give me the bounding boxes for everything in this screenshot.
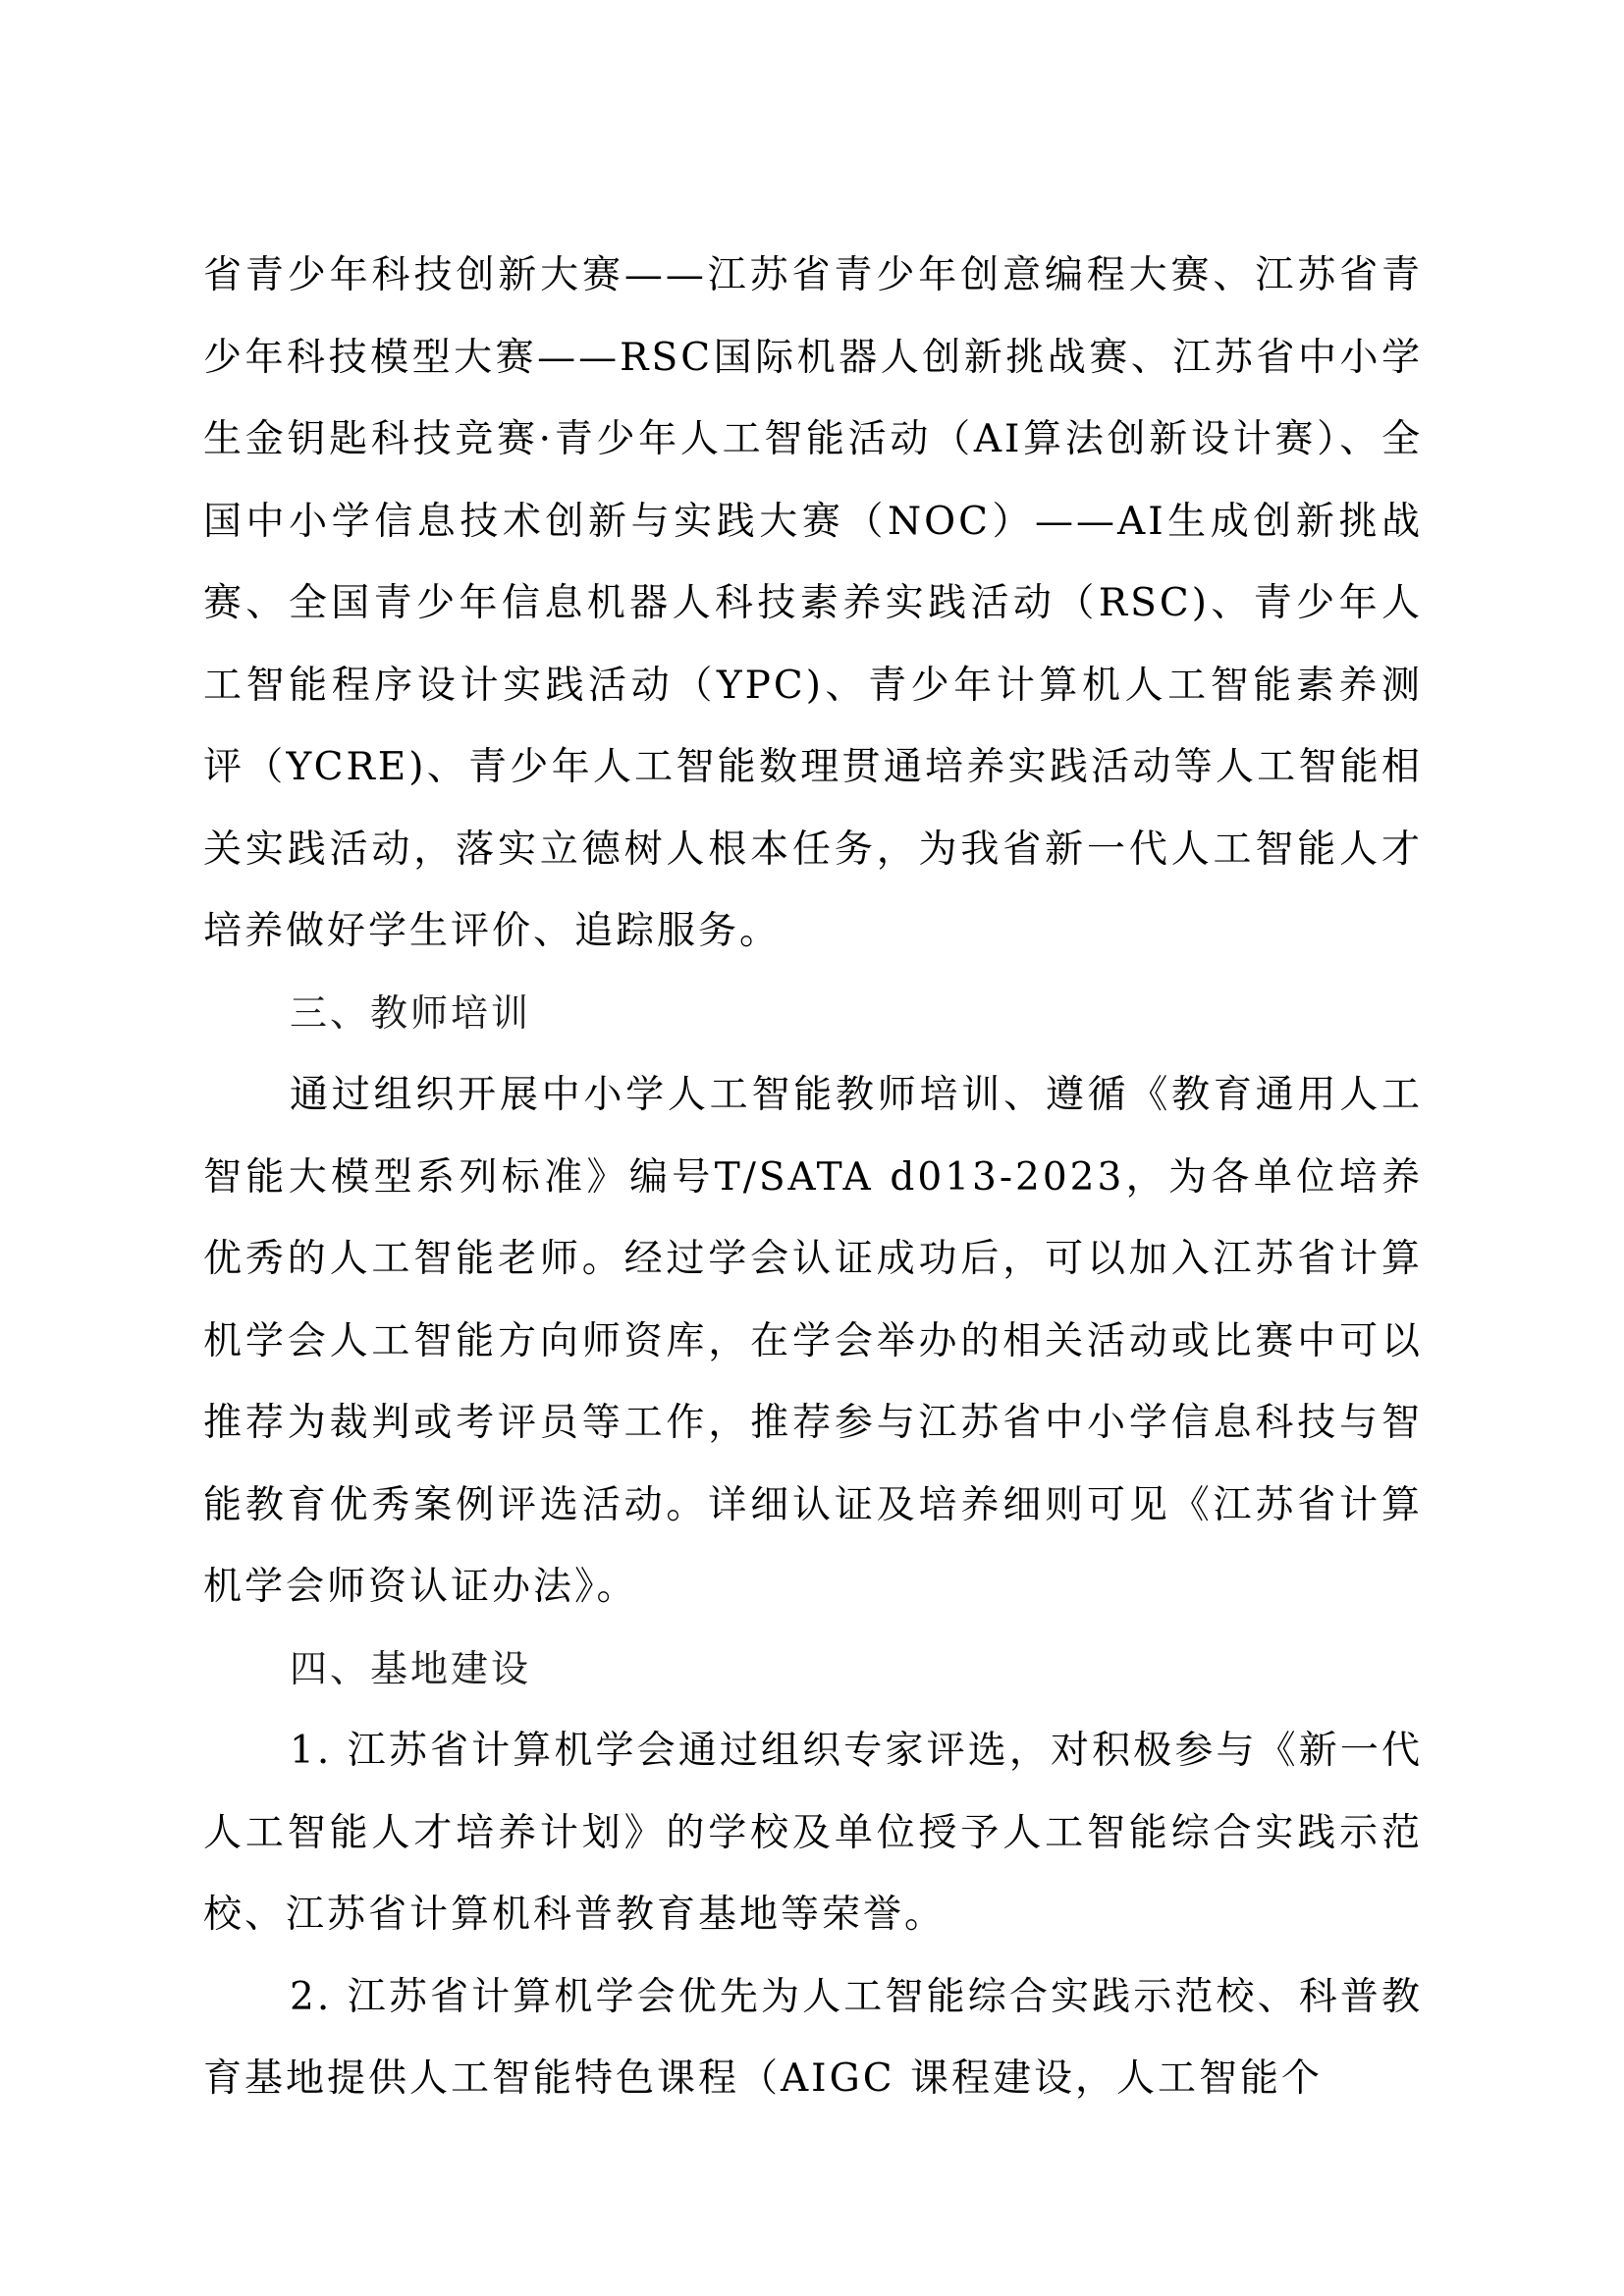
section-heading-teacher-training: 三、教师培训 [203, 973, 1423, 1055]
paragraph-competitions-continued: 省青少年科技创新大赛——江苏省青少年创意编程大赛、江苏省青少年科技模型大赛——R… [203, 235, 1423, 973]
paragraph-teacher-training: 通过组织开展中小学人工智能教师培训、遵循《教育通用人工智能大模型系列标准》编号T… [203, 1054, 1423, 1629]
paragraph-base-construction-item-1: 1. 江苏省计算机学会通过组织专家评选，对积极参与《新一代人工智能人才培养计划》… [203, 1710, 1423, 1956]
document-page: 省青少年科技创新大赛——江苏省青少年创意编程大赛、江苏省青少年科技模型大赛——R… [203, 235, 1423, 2120]
paragraph-base-construction-item-2: 2. 江苏省计算机学会优先为人工智能综合实践示范校、科普教育基地提供人工智能特色… [203, 1956, 1423, 2120]
section-heading-base-construction: 四、基地建设 [203, 1629, 1423, 1711]
